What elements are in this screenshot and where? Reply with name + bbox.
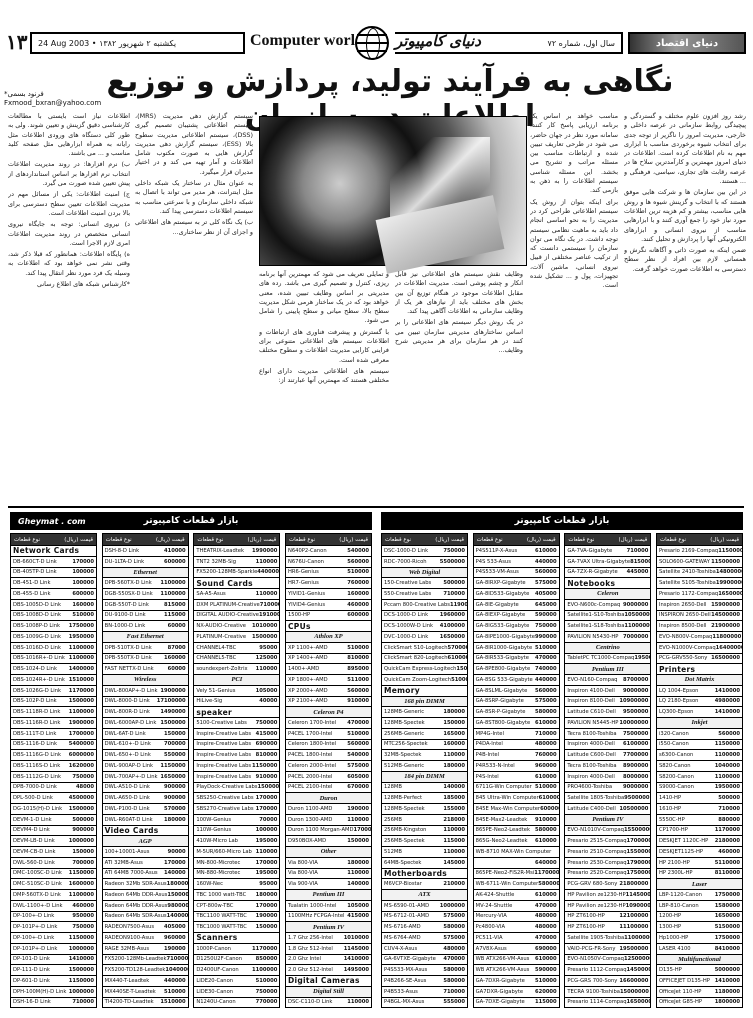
item-price: 610000 [539,795,559,801]
item-price: 1150000 [252,763,277,769]
item-price: 580000 [443,967,465,973]
table-row: 1300-HP5150000 [657,921,742,932]
item-price: 750000 [443,548,465,554]
item-price: 1100000 [715,752,740,758]
item-name: ATI 64MB 7000-Asus [105,870,158,876]
table-row: Radeon 64Mb DDR-Asus150000 [103,889,188,900]
table-row: Duron 1300-AMD110000 [286,814,371,825]
item-name: GA-7DXE-Gigabyte [476,999,525,1005]
item-name: DBS-1008P-D Link [13,623,60,629]
table-row: Latitude C400-Dell10500000 [565,803,650,814]
table-row: FX5200-128Mb-Leadtek710000 [103,954,188,965]
paragraph: در یک روش دیگر سیستم های اطلاعاتی را بر … [395,318,523,355]
item-price: 170000 [164,860,186,866]
category-row: Sound Cards [194,577,279,588]
table-row: P4S-Intel610000 [474,771,559,782]
item-name: HP Pavilion ze1230-HP [567,892,625,898]
subcategory-row: Pentium IV [565,814,650,825]
item-name: MTC256-Spectek [384,741,428,747]
subcategory-row: Pentium III [565,663,650,674]
table-row: DBS-1112G-D Link750000 [11,771,96,782]
item-name: GA-7VAX Ultra-Gigabyte [567,559,630,565]
table-row: 6711G-Win Computer510000 [474,782,559,793]
item-name: DP-101-D Link [13,956,50,962]
item-name: SBS270-Creative Labs [196,806,253,812]
item-price: 510000 [535,645,557,651]
table-row: DP-101P+-D Link750000 [11,921,96,932]
item-name: DGB-550T-D Link [105,602,149,608]
table-row: Inspire-Creative Labs810000 [194,749,279,760]
item-name: Centrino [596,644,620,651]
item-name: FX5200-128MB-Sparkle [196,569,257,575]
item-name: MP4G-Intel [476,731,504,737]
item-price: 460000 [72,903,94,909]
item-price: 550000 [164,752,186,758]
table-row: 128MB-Spectek150000 [382,717,467,728]
item-name: Pentium IV [592,816,623,823]
item-price: 1510000 [69,677,94,683]
item-name: P4CEL 2100-Intel [288,784,332,790]
item-price: 560000 [718,731,740,737]
table-header: نوع قطعاتقیمت (ریال) [286,534,371,545]
item-name: Tecra 8100-Toshiba [567,731,616,737]
item-name: GA-7DXR-Gigabyte [476,978,525,984]
table-row: N640P2-Canon540000 [286,545,371,556]
item-name: P4BGL-MX-Asus [384,999,424,1005]
table-row: DG-1015(H)-D Link1500000 [11,803,96,814]
item-name: Presario 1114-Compaq [567,999,626,1005]
item-name: Via 800-VIA [288,860,318,866]
item-price: 10500000 [624,612,650,618]
table-row: soundexpert-Zoltrix110000 [194,663,279,674]
table-row: P4S 533-Asus440000 [474,556,559,567]
item-name: N676U-Canon [288,559,324,565]
table-row: P4BGL-MX-Asus555000 [382,997,467,1008]
item-price: 4500000 [69,795,94,801]
item-price: 170000 [72,559,94,565]
table-row: PCG-GRV 680-Sony21800000 [565,878,650,889]
subcategory-row: 168 pin DIMM [382,696,467,707]
table-row: MTC256-Spectek160000 [382,739,467,750]
item-name: 845 Ultra-Win Computer [476,795,539,801]
item-price: 690000 [535,946,557,952]
issue-text: سال اول، شماره ۷۲ [548,39,615,48]
item-name: 865PE-Neo2-FIS2R-Msi [476,870,535,876]
item-price: 815000 [164,602,186,608]
item-price: 160000 [72,602,94,608]
price-table: نوع قطعاتقیمت (ریال)Presario 2169-Compaq… [656,533,743,1008]
item-name: Inspire-Creative Labs [196,774,251,780]
item-price: 510000 [535,978,557,984]
item-name: DWL-6AT-D Link [105,731,146,737]
table-row: i550-Canon1150000 [657,739,742,750]
table-row: Latitude C600-Dell7700000 [565,749,650,760]
item-name: RAGE 32MB-Asus [105,946,149,952]
item-price: 500000 [72,817,94,823]
item-name: FX5200-TD128-Leadtek [105,967,166,973]
item-name: DWL-8000-D Link [105,698,150,704]
category-row: Scanners [194,932,279,943]
item-price: 1620000 [69,763,94,769]
item-price: 180000 [167,881,188,887]
author-email[interactable]: Fxmood_bxran@yahoo.com [4,99,101,108]
item-price: 1150000 [69,870,94,876]
paragraph: د) نیروی انسانی: توجه به جایگاه نیروی ان… [8,220,130,248]
item-price: 1960000 [440,612,465,618]
paragraph: وظایف نقش سیستم های اطلاعاتی نیز قابل ان… [395,270,523,316]
table-row: P4B-Intel760000 [474,749,559,760]
table-row: EVO-N600c-Compaq9000000 [565,599,650,610]
table-row: RADEON9100-Asus960000 [103,932,188,943]
item-price: 510000 [347,645,369,651]
item-price: 155000 [443,806,465,812]
item-price: 600000 [347,612,369,618]
item-price: 610000 [448,655,467,661]
table-row: Celeron 1800-Intel560000 [286,739,371,750]
item-name: DP-601-D Link [13,978,50,984]
item-price: 1950000 [715,784,740,790]
table-row: DWL-1100+-D Link460000 [11,900,96,911]
item-price: 21900000 [711,623,740,629]
table-row: GA-8ST800-Gigabyte610000 [474,717,559,728]
item-price: 580000 [538,881,558,887]
table-row: DVC-1000-D Link1650000 [382,631,467,642]
table-row: DBS-1009G-D Link1950000 [11,631,96,642]
item-price: 590000 [535,612,557,618]
item-name: GA-8SR-P-Gigabyte [476,709,526,715]
item-price: 190000 [164,946,186,952]
item-price: 180000 [256,892,278,898]
item-price: 110000 [347,999,369,1005]
table-row: 32MB-Spectek110000 [382,749,467,760]
item-name: 1.8 Ghz 512-Intel [288,946,333,952]
table-row: ClickSmart 510-Logitech570000 [382,642,467,653]
item-name: N640P2-Canon [288,548,327,554]
table-row: DWL-P100-D Link570000 [103,803,188,814]
table-row: PlayDock-Creative Labs1500000 [194,782,279,793]
table-row: DWL-610+-D Link700000 [103,739,188,750]
table-row: DSH-8-D Link410000 [103,545,188,556]
paragraph: و تمایلی تعریف می شود که مهمترین آنها بر… [259,270,389,326]
item-name: P4DA-Intel [476,741,503,747]
item-price: 750000 [535,623,557,629]
item-price: 21800000 [619,881,648,887]
item-name: Latitude C600-Dell [567,752,615,758]
item-name: DB-660CT-D Link [13,559,57,565]
item-price: 11000000 [624,623,650,629]
table-row: N676U-Canon560000 [286,556,371,567]
item-name: MX440-T-Leadtek [105,978,150,984]
table-row: DWL-R60AT-D Link180000 [103,814,188,825]
subcategory-row: PCI [194,674,279,685]
table-row: Inspire-Creative Labs690000 [194,739,279,750]
table-row: S820-Canon1040000 [657,760,742,771]
table-row: P4S533-VM-Asus560000 [474,567,559,578]
item-price: 1100000 [160,591,185,597]
table-row: Inspiron 8100-Dell10900000 [565,696,650,707]
item-name: Inspire-Creative Labs [196,731,251,737]
item-name: AGP [139,838,152,845]
item-name: VAIO-PCG-FR-Sony [567,946,615,952]
table-header: نوع قطعاتقیمت (ریال) [382,534,467,545]
table-row: TBC1100 WATT-TBC190000 [194,911,279,922]
item-price: 850000 [256,956,278,962]
item-name: 128MB-Spectek [384,806,425,812]
item-name: GA-8ID533-Gigabyte [476,591,530,597]
paragraph: رشد روز افزون علوم مختلف و گستردگی و پیچ… [624,112,746,186]
table-row: GA-8IR533-Gigabyte470000 [474,653,559,664]
table-row: GA-8IEXP-Gigabyte590000 [474,610,559,621]
item-name: DPB-510TX-D Link [105,645,152,651]
paragraph: اطلاعات نیاز است بایستی با مطالعات کارشن… [8,112,130,158]
item-price: 600000 [164,559,186,565]
item-price: 8000000 [623,774,648,780]
subcategory-row: Multifunctional [657,954,742,965]
item-name: 64MB-Spectek [384,860,421,866]
table-row: 512MB-Generic180000 [382,760,467,771]
table-row: 1200-HP1650000 [657,911,742,922]
item-price: 87000 [168,645,186,651]
item-name: TI4200-TD-Leadtek [105,999,154,1005]
brand-persian: دنیای کامپیوتر [395,32,481,50]
item-price: 560000 [347,559,369,565]
table-row: ClickSmart 820-Logitech610000 [382,653,467,664]
table-row: Tualatin 1000-Intel105000 [286,900,371,911]
table-row: DWL-560-D Link700000 [11,857,96,868]
item-price: 910000 [535,817,557,823]
item-name: GA-8SLML-Gigabyte [476,688,528,694]
item-name: DWL-560-D Link [13,860,55,866]
item-name: WB ATX266-VM-Asus [476,956,530,962]
paragraph: در این بین سازمان ها و شرکت هایی موفق هس… [624,188,746,244]
item-name: RADEON9100-Asus [105,935,154,941]
item-price: 6100000 [623,741,648,747]
item-price: 440000 [257,569,279,575]
table-row: DBS-1116-D Link5400000 [11,739,96,750]
table-row: DBS-1008D-D Link510000 [11,610,96,621]
item-price: 560000 [535,569,557,575]
price-tables: نوع قطعاتقیمت (ریال)Network CardsDB-660C… [10,533,372,1008]
table-row: HP ZT6100-HP11100000 [565,921,650,932]
item-name: DPB-7000-D Link [13,784,57,790]
item-name: soundexpert-Zoltrix [196,666,247,672]
item-name: i320-Canon [659,731,689,737]
item-name: Pentium III [592,666,624,673]
item-price: 15500000 [627,849,651,855]
item-price: 110000 [443,849,465,855]
item-price: 540000 [347,548,369,554]
col-header-name: نوع قطعات [14,537,40,543]
item-name: DBS-1016R+-D Link [13,655,65,661]
table-header: نوع قطعاتقیمت (ریال) [194,534,279,545]
item-name: BN-1000-D Link [105,623,146,629]
item-name: Inspiron 2650-Dell [659,602,707,608]
item-name: DWL-800R-D Link [105,709,150,715]
item-price: 10000000 [619,720,648,726]
item-price: 8700000 [623,677,648,683]
subcategory-row: Fast Ethernet [103,631,188,642]
item-name: Presario 1172-Compaq [659,591,718,597]
item-price: 195000 [256,870,278,876]
col-header-name: نوع قطعات [568,537,594,543]
item-name: THEATRIX-Leadtek [196,548,244,554]
item-name: 1410-HP [659,795,681,801]
item-price: 150000 [164,731,186,737]
table-row: BN-1000-D Link60000 [103,620,188,631]
item-name: WB-8710 MAX-Win Computer [476,849,552,855]
item-price: 950000 [72,913,94,919]
table-row: CP1700-HP1170000 [657,825,742,836]
item-name: DBS-1116S-D Link [13,763,60,769]
item-price: 1145000 [344,946,369,952]
table-row: QuickCam Zoom-Logitech510000 [382,674,467,685]
subcategory-row: Pentium III [286,889,371,900]
item-price: 510000 [451,677,467,683]
table-row: MX440-T-Leadtek440000 [103,975,188,986]
article-column-5: سیستم گزارش دهی مدیریت (MRS)، سیستم اطلا… [135,112,253,504]
table-row: DBS-102P-D Link1500000 [11,696,96,707]
item-price: 1100000 [252,967,277,973]
table-row: 1610-HP710000 [657,803,742,814]
item-price: 140000 [347,881,369,887]
item-name: FAST NETTX-D Link [105,666,154,672]
table-row: Celeron 2000-Intel575000 [286,760,371,771]
item-name: DBS-1008D-D Link [13,612,61,618]
item-name: GA-8IE-Gigabyte [476,602,519,608]
item-price: 1500000 [69,967,94,973]
category-row: Video Cards [103,825,188,836]
table-row: GA7DXR-Gigabyte620000 [474,986,559,997]
table-row: DMC-510SC-D Link1600000 [11,878,96,889]
item-price: 570000 [448,645,467,651]
item-price: 480000 [535,924,557,930]
item-name: DBS-1112G-D Link [13,774,61,780]
item-price: 1950000 [69,634,94,640]
col-header-name: نوع قطعات [385,537,411,543]
table-row: 128MB-Perfect185000 [382,792,467,803]
subcategory-row: Pentium IV [286,921,371,932]
table-row: M-5UR/660-Micro Lab110000 [194,846,279,857]
table-row: DBS-1005D-D Link160000 [11,599,96,610]
item-name: 256MB [384,817,402,823]
item-name: DMC-510SC-D Link [13,881,62,887]
item-price: 17100000 [157,698,186,704]
item-price: 110000 [256,849,278,855]
item-price: 750000 [72,924,94,930]
item-price: 895000 [347,666,369,672]
item-name: DBS-1116G-D Link [13,752,61,758]
category-row: Memory [382,685,467,696]
item-price: 190000 [347,806,369,812]
item-price: 2180000 [715,838,740,844]
subcategory-row: Celeron [565,588,650,599]
item-name: Satellite1-S18-Toshiba [567,623,624,629]
price-tables: نوع قطعاتقیمت (ریال)DSC-1000-D Link75000… [381,533,743,1008]
item-name: Via 800-VIA [288,870,318,876]
item-price: 16500000 [711,655,740,661]
table-row: 1.7 Ghz 256-Intel1010000 [286,932,371,943]
table-row: GA-8IPE1000-Gigabyte990000 [474,631,559,642]
price-table: نوع قطعاتقیمت (ریال)N640P2-Canon540000N6… [285,533,372,1008]
item-name: Digital Still [313,988,344,995]
item-price: 4980000 [715,698,740,704]
item-name: EVO-N800V-Compaq [659,634,712,640]
table-row: P4B266-SE-Asus580000 [382,975,467,986]
item-price: 105000 [256,688,278,694]
item-price: 15900000 [711,602,740,608]
item-name: 5550C-HP [659,817,685,823]
item-price: 8110000 [715,870,740,876]
item-name: EVO-N1010V-Compaq [567,827,624,833]
item-name: Pccam 800-Creative Labs [384,602,450,608]
item-name: EVO-N600c-Compaq [567,602,620,608]
item-price: 170000 [256,860,278,866]
item-price: 180000 [164,817,186,823]
item-name: DU-1LTA-D Link [105,559,144,565]
item-price: 710000 [535,731,557,737]
item-price: 1100000 [160,580,185,586]
table-row: GA-8SG 533-Gigabyte440000 [474,674,559,685]
item-price: 195000 [256,838,278,844]
table-row: N1240U-Canon770000 [194,997,279,1008]
table-row: EVO-N160-Compaq8700000 [565,674,650,685]
table-row: 865PE-Neo2-FIS2R-Msi1170000 [474,868,559,879]
table-row: Duron 1100 Morgan-AMD170000 [286,825,371,836]
item-price: 1500000 [258,784,280,790]
table-row: GA-6VTXE-Gigabyte470000 [382,954,467,965]
table-row: DEVM-LB-D Link1000000 [11,835,96,846]
item-price: 5500000 [440,559,465,565]
item-name: Satellite 2410-Toshiba [659,569,716,575]
item-price: 750000 [256,720,278,726]
item-price: 9500000 [624,795,649,801]
table-row: MN-800-Microtec170000 [194,857,279,868]
table-row: P4CEL 1800-Intel540000 [286,749,371,760]
table-row: AK-424-Shuttle610000 [474,889,559,900]
item-price: 710000 [627,548,649,554]
item-price: 900000 [164,795,186,801]
table-row: DWL-800AP+-D Link1900000 [103,685,188,696]
item-name: 1400+-AMD [288,666,319,672]
table-row: GA-7VA-Gigabyte710000 [565,545,650,556]
table-row: FX5200-TD128-Leadtek1040000 [103,964,188,975]
table-row: S8200-Canon1100000 [657,771,742,782]
table-row: DBS-111T-D Link1700000 [11,728,96,739]
subcategory-row: Ethernet [103,567,188,578]
item-name: TNT2 32MB-Sig [196,559,236,565]
table-row: MN-880-Microtec195000 [194,868,279,879]
item-price: 1800000 [715,999,740,1005]
item-price: 4100000 [440,623,465,629]
item-price: 170000 [256,903,278,909]
table-row: DB-405TP-D Link100000 [11,567,96,578]
subcategory-row: Centrino [565,642,650,653]
item-name: Presario 2520-Compaq [567,870,626,876]
table-row: DMP-560TX-D Link1100000 [11,889,96,900]
item-price: 960000 [535,763,557,769]
table-row: Vely 51-Genius105000 [194,685,279,696]
item-price: 12500000 [624,956,650,962]
table-row: YIVID4-Genius460000 [286,599,371,610]
item-name: Multifunctional [678,956,721,963]
date-box: 24 Aug 2003 • یکشنبه ۲ شهریور ۱۳۸۲ [30,32,245,54]
table-row: Radeon 64Mb SDR-Asus140000 [103,911,188,922]
item-name: 160W-Nec [196,881,223,887]
table-row: 845 Ultra-Win Computer610000 [474,792,559,803]
item-name: 128MB-Spectek [384,720,425,726]
item-name: FX5200-128Mb-Leadtek [105,956,167,962]
item-name: P4S-Intel [476,774,499,780]
